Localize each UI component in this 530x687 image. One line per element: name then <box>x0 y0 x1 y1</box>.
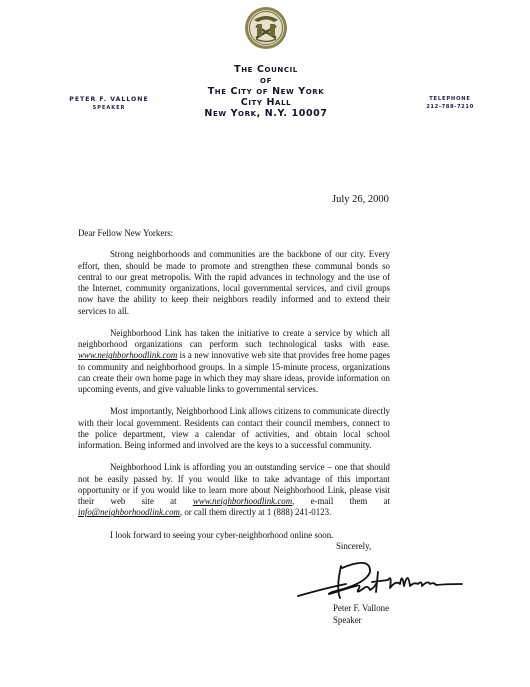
salutation: Dear Fellow New Yorkers: <box>78 228 390 239</box>
org-line: of <box>180 75 352 86</box>
telephone-number: 212-788-7210 <box>410 104 490 110</box>
speaker-header: PETER F. VALLONE SPEAKER <box>54 96 164 111</box>
website-link[interactable]: www.neighborhoodlink.com <box>78 350 177 360</box>
paragraph-4-text-b: , e-mail them at <box>292 496 390 506</box>
letter-page: The Council of The City of New York City… <box>0 0 530 687</box>
paragraph-2: Neighborhood Link has taken the initiati… <box>78 328 390 396</box>
paragraph-3: Most importantly, Neighborhood Link allo… <box>78 406 390 451</box>
letter-date: July 26, 2000 <box>332 194 389 205</box>
paragraph-4: Neighborhood Link is affording you an ou… <box>78 462 390 518</box>
speaker-title: SPEAKER <box>54 105 164 111</box>
website-link[interactable]: www.neighborhoodlink.com <box>193 496 292 506</box>
paragraph-2-text-a: Neighborhood Link has taken the initiati… <box>78 328 390 349</box>
paragraph-5: I look forward to seeing your cyber-neig… <box>78 530 390 541</box>
org-address: New York, N.Y. 10007 <box>180 108 352 119</box>
valediction: Sincerely, <box>336 541 371 552</box>
org-line: City Hall <box>180 97 352 108</box>
signer-name: Peter F. Vallone <box>333 603 389 615</box>
telephone-header: TELEPHONE 212-788-7210 <box>410 96 490 110</box>
org-line: The City of New York <box>180 86 352 97</box>
city-council-seal-icon <box>244 6 288 50</box>
speaker-name: PETER F. VALLONE <box>54 96 164 103</box>
email-link[interactable]: info@neighborhoodlink.com <box>78 507 180 517</box>
signer-block: Peter F. Vallone Speaker <box>333 603 389 626</box>
paragraph-1: Strong neighborhoods and communities are… <box>78 249 390 317</box>
handwritten-signature-icon <box>296 558 466 604</box>
org-line: The Council <box>180 64 352 75</box>
organization-heading: The Council of The City of New York City… <box>180 64 352 119</box>
letter-body: Dear Fellow New Yorkers: Strong neighbor… <box>78 228 390 541</box>
paragraph-4-text-c: , or call them directly at 1 (888) 241-0… <box>180 507 331 517</box>
signer-title: Speaker <box>333 615 389 627</box>
telephone-label: TELEPHONE <box>410 96 490 102</box>
